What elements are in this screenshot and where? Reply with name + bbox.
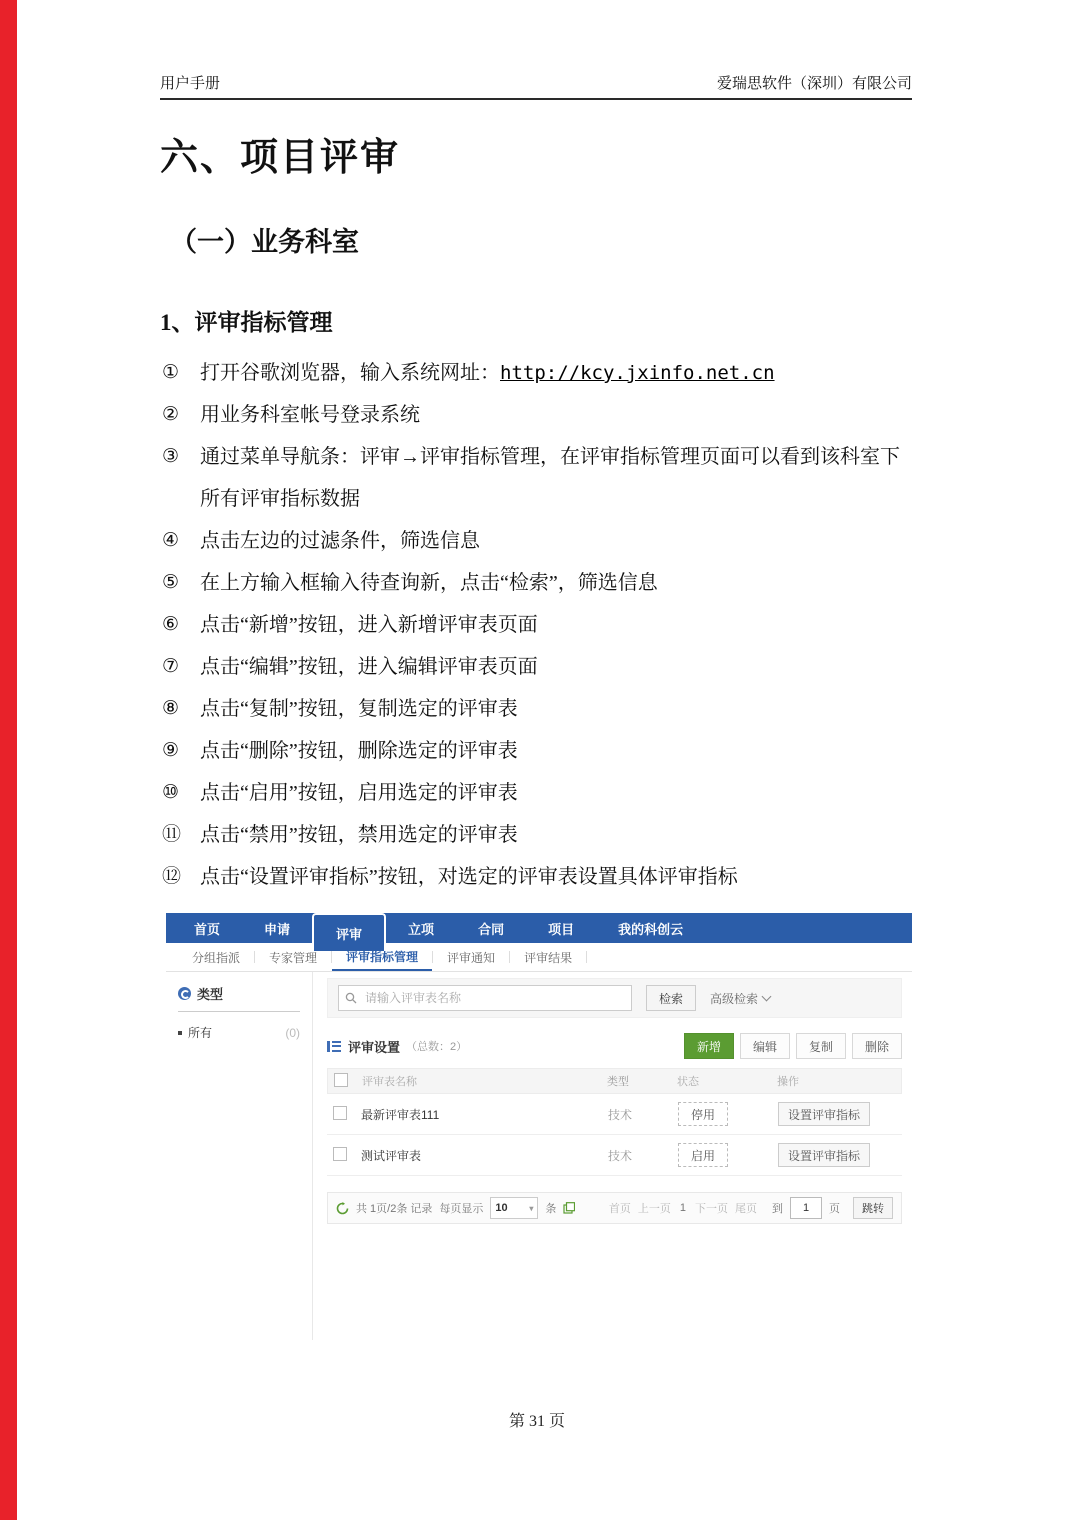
step-text: 点击“设置评审指标”按钮，对选定的评审表设置具体评审指标	[200, 856, 918, 898]
step-text: 点击左边的过滤条件，筛选信息	[200, 520, 918, 562]
subtab-group-assign[interactable]: 分组指派	[178, 943, 254, 971]
system-url-link[interactable]: http://kcy.jxinfo.net.cn	[500, 362, 775, 384]
review-form-type: 技术	[608, 1147, 678, 1164]
search-button[interactable]: 检索	[646, 985, 696, 1011]
row-checkbox[interactable]	[333, 1106, 347, 1120]
step-item: ⑤ 在上方输入框输入待查询新，点击“检索”，筛选信息	[162, 562, 918, 604]
chapter-title: 六、项目评审	[160, 126, 400, 181]
refresh-icon[interactable]	[336, 1202, 349, 1215]
chevron-down-icon: ▾	[529, 1204, 533, 1213]
step-number: ⑩	[162, 772, 200, 814]
step-number: ⑦	[162, 646, 200, 688]
nav-tab-project-setup[interactable]: 立项	[386, 913, 456, 943]
filter-group-label: 类型	[197, 984, 223, 1003]
search-input[interactable]	[338, 985, 632, 1011]
review-form-name: 测试评审表	[361, 1147, 608, 1164]
step-number: ③	[162, 436, 200, 478]
copy-button[interactable]: 复制	[796, 1033, 846, 1059]
page-size-select[interactable]: 10 ▾	[490, 1197, 538, 1219]
divider	[586, 951, 587, 963]
column-header-action: 操作	[777, 1073, 895, 1089]
page-size-value: 10	[495, 1202, 507, 1214]
search-icon	[345, 992, 357, 1004]
step-text: 点击“复制”按钮，复制选定的评审表	[200, 688, 918, 730]
step-item: ⑥ 点击“新增”按钮，进入新增评审表页面	[162, 604, 918, 646]
list-icon	[327, 1040, 341, 1053]
filter-group-header: 类型	[178, 984, 300, 1012]
total-count-label: （总数：2）	[406, 1038, 467, 1054]
step-number: ①	[162, 352, 200, 394]
unit-label: 条	[545, 1200, 556, 1216]
pager-current-page[interactable]: 1	[680, 1202, 686, 1214]
step-text: 打开谷歌浏览器，输入系统网址：	[200, 362, 500, 384]
filter-item-all[interactable]: 所有 (0)	[178, 1024, 300, 1041]
table-header-row: 评审表名称 类型 状态 操作	[327, 1068, 902, 1094]
bullet-icon	[178, 1031, 182, 1035]
header-right-text: 爱瑞思软件（深圳）有限公司	[717, 72, 912, 93]
nav-tab-review[interactable]: 评审	[312, 913, 386, 951]
step-item: ③ 通过菜单导航条：评审→评审指标管理，在评审指标管理页面可以看到该科室下所有评…	[162, 436, 918, 520]
pager-last[interactable]: 尾页	[735, 1200, 757, 1216]
step-text: 打开谷歌浏览器，输入系统网址：http://kcy.jxinfo.net.cn	[200, 352, 918, 394]
pager-next[interactable]: 下一页	[695, 1200, 728, 1216]
step-item: ⑨ 点击“删除”按钮，删除选定的评审表	[162, 730, 918, 772]
per-page-label: 每页显示	[439, 1200, 483, 1216]
record-summary: 共 1页/2条 记录	[356, 1200, 432, 1216]
step-number: ④	[162, 520, 200, 562]
step-list: ① 打开谷歌浏览器，输入系统网址：http://kcy.jxinfo.net.c…	[162, 352, 918, 898]
review-form-name: 最新评审表111	[361, 1106, 608, 1123]
add-button[interactable]: 新增	[684, 1033, 734, 1059]
row-checkbox[interactable]	[333, 1147, 347, 1161]
step-text: 点击“删除”按钮，删除选定的评审表	[200, 730, 918, 772]
advanced-search-label: 高级检索	[710, 990, 758, 1007]
app-screenshot: 首页 申请 评审 立项 合同 项目 我的科创云 分组指派 专家管理 评审指标管理…	[166, 913, 912, 1340]
nav-tab-project[interactable]: 项目	[526, 913, 596, 943]
step-text: 通过菜单导航条：评审→评审指标管理，在评审指标管理页面可以看到该科室下所有评审指…	[200, 436, 918, 520]
step-text: 点击“禁用”按钮，禁用选定的评审表	[200, 814, 918, 856]
step-text: 用业务科室帐号登录系统	[200, 394, 918, 436]
step-number: ⑫	[162, 856, 200, 898]
filter-sidebar: 类型 所有 (0)	[166, 972, 313, 1340]
set-review-index-button[interactable]: 设置评审指标	[778, 1143, 870, 1167]
step-text: 在上方输入框输入待查询新，点击“检索”，筛选信息	[200, 562, 918, 604]
step-item: ⑪ 点击“禁用”按钮，禁用选定的评审表	[162, 814, 918, 856]
goto-label: 到	[772, 1200, 783, 1216]
table-row: 最新评审表111 技术 停用 设置评审指标	[327, 1094, 902, 1135]
review-form-type: 技术	[608, 1106, 678, 1123]
main-navbar: 首页 申请 评审 立项 合同 项目 我的科创云	[166, 913, 912, 943]
column-header-type: 类型	[607, 1073, 677, 1089]
nav-tab-apply[interactable]: 申请	[242, 913, 312, 943]
document-header: 用户手册 爱瑞思软件（深圳）有限公司	[160, 72, 912, 100]
step-number: ②	[162, 394, 200, 436]
nav-tab-contract[interactable]: 合同	[456, 913, 526, 943]
subsection-heading: 1、评审指标管理	[160, 304, 333, 337]
column-header-status: 状态	[677, 1073, 777, 1089]
jump-button[interactable]: 跳转	[853, 1197, 893, 1219]
section-subtitle: （一）业务科室	[170, 220, 359, 259]
step-text: 点击“新增”按钮，进入新增评审表页面	[200, 604, 918, 646]
status-toggle-button[interactable]: 启用	[678, 1143, 728, 1167]
step-item: ⑧ 点击“复制”按钮，复制选定的评审表	[162, 688, 918, 730]
list-section-header: 评审设置 （总数：2） 新增 编辑 复制 删除	[327, 1032, 902, 1060]
chevron-down-icon	[762, 992, 772, 1002]
status-toggle-button[interactable]: 停用	[678, 1102, 728, 1126]
step-item: ⑩ 点击“启用”按钮，启用选定的评审表	[162, 772, 918, 814]
step-item: ⑦ 点击“编辑”按钮，进入编辑评审表页面	[162, 646, 918, 688]
filter-item-label: 所有	[188, 1024, 212, 1041]
step-number: ⑪	[162, 814, 200, 856]
category-icon	[178, 987, 191, 1000]
search-panel: 检索 高级检索	[327, 978, 902, 1018]
step-item: ⑫ 点击“设置评审指标”按钮，对选定的评审表设置具体评审指标	[162, 856, 918, 898]
pager-prev[interactable]: 上一页	[638, 1200, 671, 1216]
left-red-strip	[0, 0, 17, 1520]
page-number: 第 31 页	[0, 1408, 1074, 1431]
subtab-review-result[interactable]: 评审结果	[510, 943, 586, 971]
nav-tab-home[interactable]: 首页	[172, 913, 242, 943]
goto-unit-label: 页	[829, 1200, 840, 1216]
delete-button[interactable]: 删除	[852, 1033, 902, 1059]
goto-page-input[interactable]	[790, 1197, 822, 1219]
table-row: 测试评审表 技术 启用 设置评审指标	[327, 1135, 902, 1176]
pager-first[interactable]: 首页	[609, 1200, 631, 1216]
nav-tab-my-cloud[interactable]: 我的科创云	[596, 913, 705, 943]
step-item: ② 用业务科室帐号登录系统	[162, 394, 918, 436]
pagination-bar: 共 1页/2条 记录 每页显示 10 ▾ 条 首页 上一页 1 下一页	[327, 1192, 902, 1224]
advanced-search-link[interactable]: 高级检索	[710, 990, 770, 1007]
manual-page: 用户手册 爱瑞思软件（深圳）有限公司 六、项目评审 （一）业务科室 1、评审指标…	[0, 0, 1074, 1520]
step-number: ⑥	[162, 604, 200, 646]
set-review-index-button[interactable]: 设置评审指标	[778, 1102, 870, 1126]
section-title: 评审设置	[348, 1037, 400, 1056]
column-header-name: 评审表名称	[362, 1073, 607, 1089]
step-text: 点击“编辑”按钮，进入编辑评审表页面	[200, 646, 918, 688]
edit-button[interactable]: 编辑	[740, 1033, 790, 1059]
step-item: ① 打开谷歌浏览器，输入系统网址：http://kcy.jxinfo.net.c…	[162, 352, 918, 394]
step-item: ④ 点击左边的过滤条件，筛选信息	[162, 520, 918, 562]
review-form-name-input[interactable]	[363, 990, 625, 1006]
step-number: ⑤	[162, 562, 200, 604]
select-all-checkbox[interactable]	[334, 1073, 348, 1087]
subtab-review-notice[interactable]: 评审通知	[433, 943, 509, 971]
step-text: 点击“启用”按钮，启用选定的评审表	[200, 772, 918, 814]
header-left-text: 用户手册	[160, 72, 220, 93]
step-number: ⑧	[162, 688, 200, 730]
step-number: ⑨	[162, 730, 200, 772]
filter-item-count: (0)	[285, 1026, 300, 1040]
export-icon[interactable]	[563, 1202, 575, 1214]
sub-navbar: 分组指派 专家管理 评审指标管理 评审通知 评审结果	[166, 943, 912, 972]
main-panel: 检索 高级检索 评审设置 （总数：2） 新增 编辑 复制 删除	[313, 972, 912, 1340]
